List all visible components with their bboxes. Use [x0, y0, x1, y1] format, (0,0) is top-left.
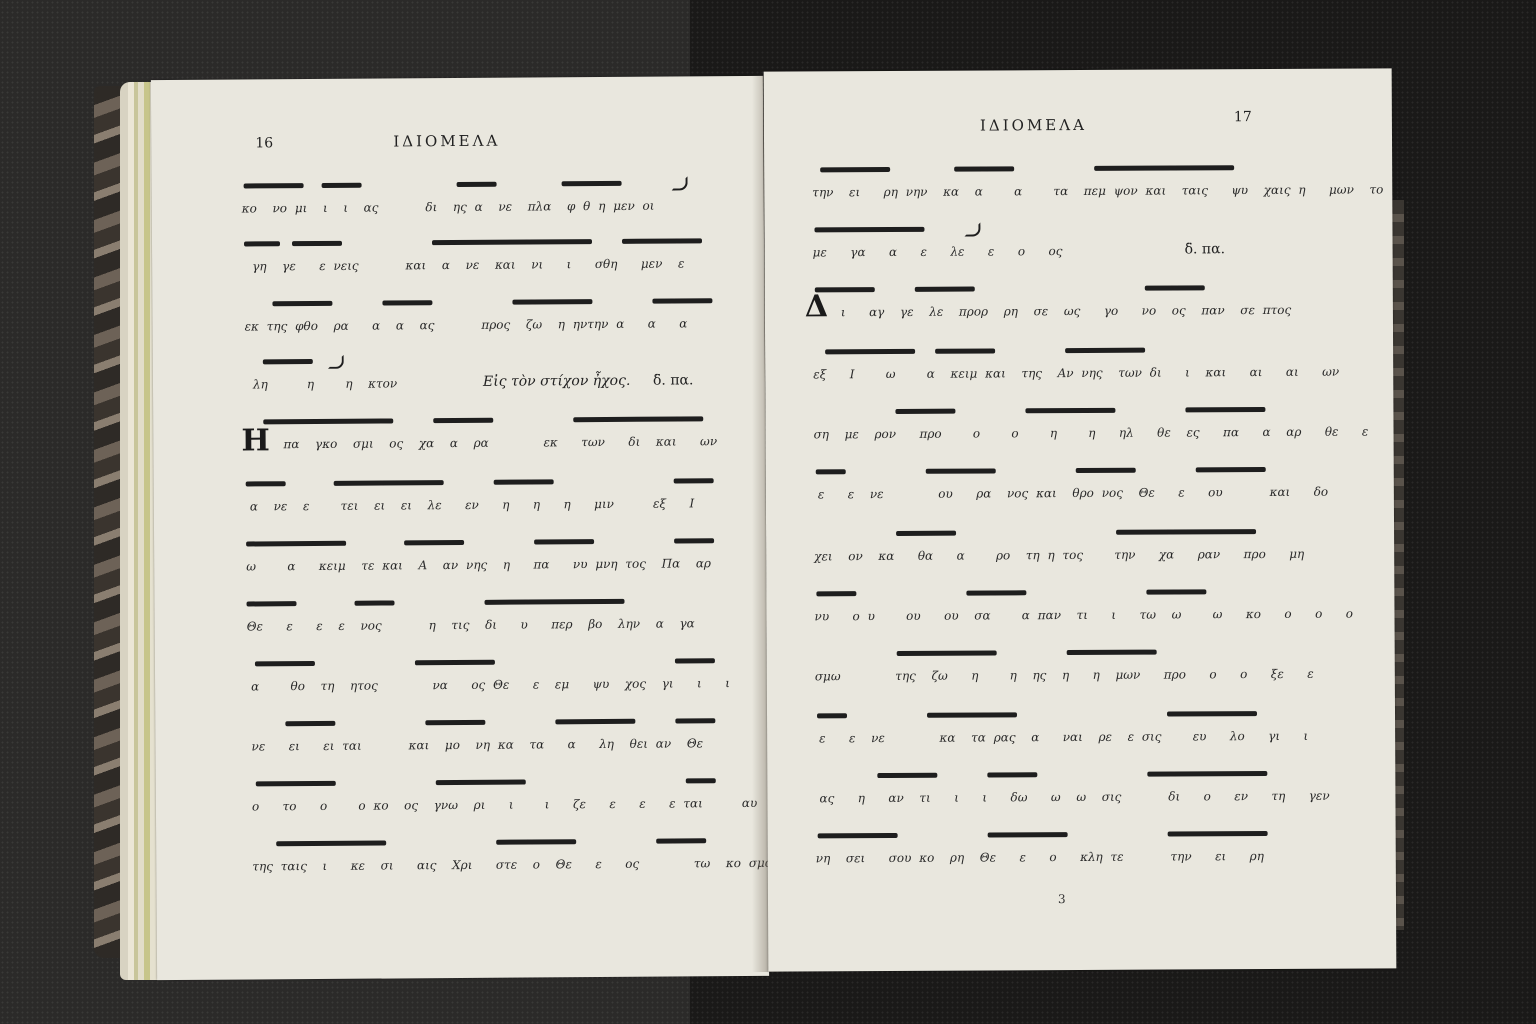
music-system: ο το ο ο κο ος γνω ρι ι ι ζε ε ε ε ται α…	[156, 768, 768, 772]
martyria-sign: δ̈. πα.	[1185, 241, 1226, 257]
signature-mark: 3	[1058, 892, 1066, 906]
music-system: εξ Ι ω α κειμ και της Αν νης των δι ι κα…	[765, 336, 1393, 339]
martyria-sign: δ̈. πα.	[653, 372, 694, 388]
running-head: ΙΔΙΟΜΕΛΑ	[393, 132, 500, 151]
drop-initial: Η	[241, 423, 270, 458]
music-system: νη σει σου κο ρη Θε ε ο κλη τε την ει ρη	[768, 820, 1396, 823]
lyrics-line: εκ της φθο ρα α α ας προς ζω η ηντην α α…	[245, 316, 765, 334]
lyrics-line: με γα α ε λε ε ο ος	[813, 242, 1393, 259]
drop-initial: Δ	[805, 289, 828, 324]
lyrics-line: χει ον κα θα α ρο τη η τος την χα ραν πρ…	[814, 546, 1394, 563]
lyrics-line: α θο τη ητος να ος Θε ε εμ ψυ χος γι ι ι	[251, 676, 767, 694]
lyrics-line: εξ Ι ω α κειμ και της Αν νης των δι ι κα…	[813, 364, 1393, 381]
lyrics-line: ας η αν τι ι ι δω ω ω σις δι ο εν τη γεν	[819, 788, 1395, 805]
music-system: με γα α ε λε ε ο ος δ̈. πα.	[764, 214, 1392, 217]
music-system: Η πα γκο σμι ος χα α ρα εκ των δι και ων	[153, 406, 765, 410]
right-page: ΙΔΙΟΜΕΛΑ 17 την ει ρη νην κα α α τα πεμ …	[764, 68, 1397, 971]
music-system: σμω της ζω η η ης η η μων προ ο ο ξε ε	[767, 638, 1395, 641]
music-system: Θε ε ε ε νος η τις δι υ περ βο λην α γα	[154, 588, 766, 592]
music-system: χει ον κα θα α ρο τη η τος την χα ραν πρ…	[766, 518, 1394, 521]
lyrics-line: την ει ρη νην κα α α τα πεμ ψον και ταις…	[812, 182, 1392, 199]
music-system: νε ει ει ται και μο νη κα τα α λη θει αν…	[155, 708, 767, 712]
music-system: νυ ο υ ου ου σα α παν τι ι τω ω ω κο ο ο…	[766, 578, 1394, 581]
neume-line	[152, 170, 764, 196]
music-system: α νε ε τει ει ει λε εν η η η μιν εξ Ι	[154, 468, 766, 472]
lyrics-line: ι αγ γε λε προρ ρη σε ως γο νο ος παν σε…	[841, 302, 1393, 319]
page-number: 17	[1234, 109, 1252, 125]
music-system: ε ε νε κα τα ρας α ναι ρε ε σις ευ λο γι…	[767, 700, 1395, 703]
music-system: ω α κειμ τε και Α αν νης η πα νυ μνη τος…	[154, 528, 766, 532]
lyrics-line: ση με ρον προ ο ο η η ηλ θε ες πα α αρ θ…	[814, 424, 1394, 441]
lyrics-line: ε ε νε ου ρα νος και θρο νος Θε ε ου και…	[818, 484, 1394, 501]
lyrics-line: νε ει ει ται και μο νη κα τα α λη θει αν…	[251, 736, 767, 754]
music-system: της ταις ι κε σι αις Χρι στε ο Θε ε ος τ…	[156, 828, 768, 832]
music-system: κο νο μι ι ι ας δι ης α νε πλα φ θ η μεν…	[152, 170, 764, 174]
music-system: γη γε ε νεις και α νε και νι ι σθη μεν ε	[152, 228, 764, 232]
music-system: ση με ρον προ ο ο η η ηλ θε ες πα α αρ θ…	[765, 396, 1393, 399]
lyrics-line: ο το ο ο κο ος γνω ρι ι ι ζε ε ε ε ται α…	[252, 796, 768, 814]
music-system: α θο τη ητος να ος Θε ε εμ ψυ χος γι ι ι	[155, 648, 767, 652]
lyrics-line: ω α κειμ τε και Α αν νης η πα νυ μνη τος…	[246, 556, 766, 574]
lyrics-line: σμω της ζω η η ης η η μων προ ο ο ξε ε	[815, 666, 1395, 683]
lyrics-line: της ταις ι κε σι αις Χρι στε ο Θε ε ος τ…	[252, 856, 768, 874]
page-number: 16	[255, 135, 273, 151]
lyrics-line: ε ε νε κα τα ρας α ναι ρε ε σις ευ λο γι…	[819, 728, 1395, 745]
music-system: ε ε νε ου ρα νος και θρο νος Θε ε ου και…	[766, 456, 1394, 459]
lyrics-line: γη γε ε νεις και α νε και νι ι σθη μεν ε	[252, 256, 764, 274]
music-system: λη η η κτον Εἰς τὸν στίχον ἦχος. δ̈. πα.	[153, 346, 765, 350]
music-system: ας η αν τι ι ι δω ω ω σις δι ο εν τη γεν	[767, 760, 1395, 763]
lyrics-line: κο νο μι ι ι ας δι ης α νε πλα φ θ η μεν…	[242, 198, 764, 216]
running-head: ΙΔΙΟΜΕΛΑ	[980, 116, 1087, 135]
lyrics-line: Θε ε ε ε νος η τις δι υ περ βο λην α γα	[247, 616, 767, 634]
music-system: Δ ι αγ γε λε προρ ρη σε ως γο νο ος παν …	[765, 274, 1393, 277]
music-system: εκ της φθο ρα α α ας προς ζω η ηντην α α…	[152, 288, 764, 292]
music-system: την ει ρη νην κα α α τα πεμ ψον και ταις…	[764, 154, 1392, 157]
rubric: Εἰς τὸν στίχον ἦχος.	[483, 373, 630, 390]
lyrics-line: νη σει σου κο ρη Θε ε ο κλη τε την ει ρη	[816, 848, 1396, 865]
lyrics-line: νυ ο υ ου ου σα α παν τι ι τω ω ω κο ο ο…	[814, 606, 1394, 623]
left-page: 16 ΙΔΙΟΜΕΛΑ κο νο μι ι ι ας δι ης α νε π…	[151, 76, 769, 980]
lyrics-line: α νε ε τει ει ει λε εν η η η μιν εξ Ι	[250, 496, 766, 514]
lyrics-line: πα γκο σμι ος χα α ρα εκ των δι και ων	[283, 434, 765, 451]
